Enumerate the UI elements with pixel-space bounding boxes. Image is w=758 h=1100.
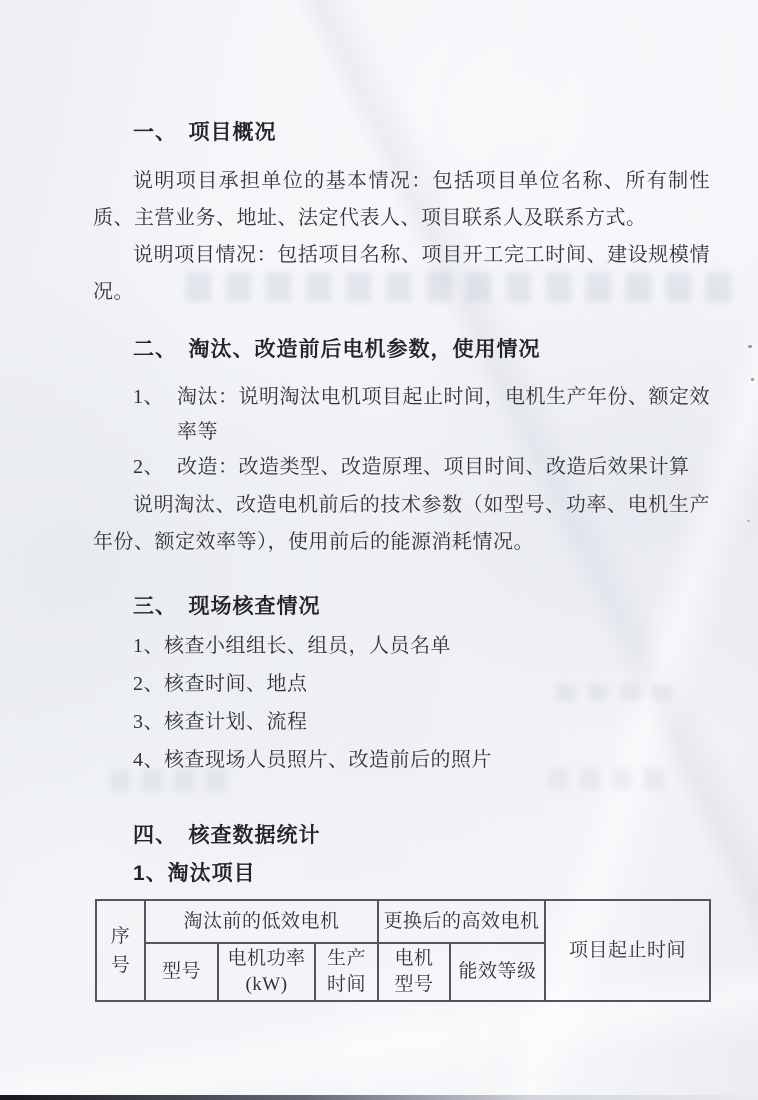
section-2-heading: 二、 淘汰、改造前后电机参数，使用情况 [133,337,710,363]
check-item-time-place: 2、核查时间、地点 [133,671,710,697]
paragraph-project-info: 说明项目情况：包括项目名称、项目开工完工时间、建设规模情况。 [93,237,710,311]
paragraph-technical-params: 说明淘汰、改造电机前后的技术参数（如型号、功率、电机生产年份、额定效率等），使用… [93,487,710,561]
section-3-heading: 三、 现场核查情况 [133,594,710,620]
section-1-heading: 一、 项目概况 [133,0,710,146]
document-body: 一、 项目概况 说明项目承担单位的基本情况：包括项目单位名称、所有制性质、主营业… [0,0,758,1002]
paragraph-unit-basic-info: 说明项目承担单位的基本情况：包括项目单位名称、所有制性质、主营业务、地址、法定代… [93,163,710,237]
list-item-eliminate: 1、 淘汰：说明淘汰电机项目起止时间，电机生产年份、额定效率等 [93,380,710,450]
subheading-eliminated-projects: 1、淘汰项目 [133,861,710,887]
th-index-column: 序号 [96,900,145,1001]
th-production-time-label: 生产时间 [326,946,368,998]
list-item-marker: 2、 [133,450,164,485]
section-project-overview: 一、 项目概况 说明项目承担单位的基本情况：包括项目单位名称、所有制性质、主营业… [93,0,710,311]
check-item-photos: 4、核查现场人员照片、改造前后的照片 [133,747,710,773]
th-new-motor-model-label: 电机型号 [393,946,435,998]
list-item-marker: 1、 [133,380,164,415]
th-group-after-replacement: 更换后的高效电机 [378,900,545,943]
th-project-start-end-time: 项目起止时间 [545,900,710,1001]
list-item-text: 改造：改造类型、改造原理、项目时间、改造后效果计算 [177,456,690,478]
th-group-before-elimination: 淘汰前的低效电机 [145,900,378,943]
section-data-statistics: 四、 核查数据统计 1、淘汰项目 序号 淘汰前的低效电机 更换后的高效电机 项 [93,823,710,1002]
th-motor-power-label: 电机功率(kW) [227,946,307,998]
th-motor-power-kw: 电机功率(kW) [218,943,315,1001]
th-production-time: 生产时间 [315,943,378,1001]
scanned-page: 一、 项目概况 说明项目承担单位的基本情况：包括项目单位名称、所有制性质、主营业… [0,0,758,1100]
scan-bottom-edge-shadow [0,1095,758,1100]
section-4-heading: 四、 核查数据统计 [133,823,710,849]
table-header-group-row: 序号 淘汰前的低效电机 更换后的高效电机 项目起止时间 [96,900,710,943]
list-item-retrofit: 2、 改造：改造类型、改造原理、项目时间、改造后效果计算 [93,450,710,485]
th-model: 型号 [145,943,218,1001]
th-index-label: 序号 [110,922,132,980]
check-item-team: 1、核查小组组长、组员，人员名单 [133,633,710,659]
th-energy-efficiency-grade: 能效等级 [450,943,545,1001]
elimination-project-table: 序号 淘汰前的低效电机 更换后的高效电机 项目起止时间 型号 电机功率(kW) … [95,899,711,1002]
section-site-verification: 三、 现场核查情况 1、核查小组组长、组员，人员名单 2、核查时间、地点 3、核… [93,594,710,773]
section-motor-parameters: 二、 淘汰、改造前后电机参数，使用情况 1、 淘汰：说明淘汰电机项目起止时间，电… [93,337,710,561]
list-item-text: 淘汰：说明淘汰电机项目起止时间，电机生产年份、额定效率等 [177,386,710,443]
check-item-plan-process: 3、核查计划、流程 [133,709,710,735]
th-new-motor-model: 电机型号 [378,943,450,1001]
